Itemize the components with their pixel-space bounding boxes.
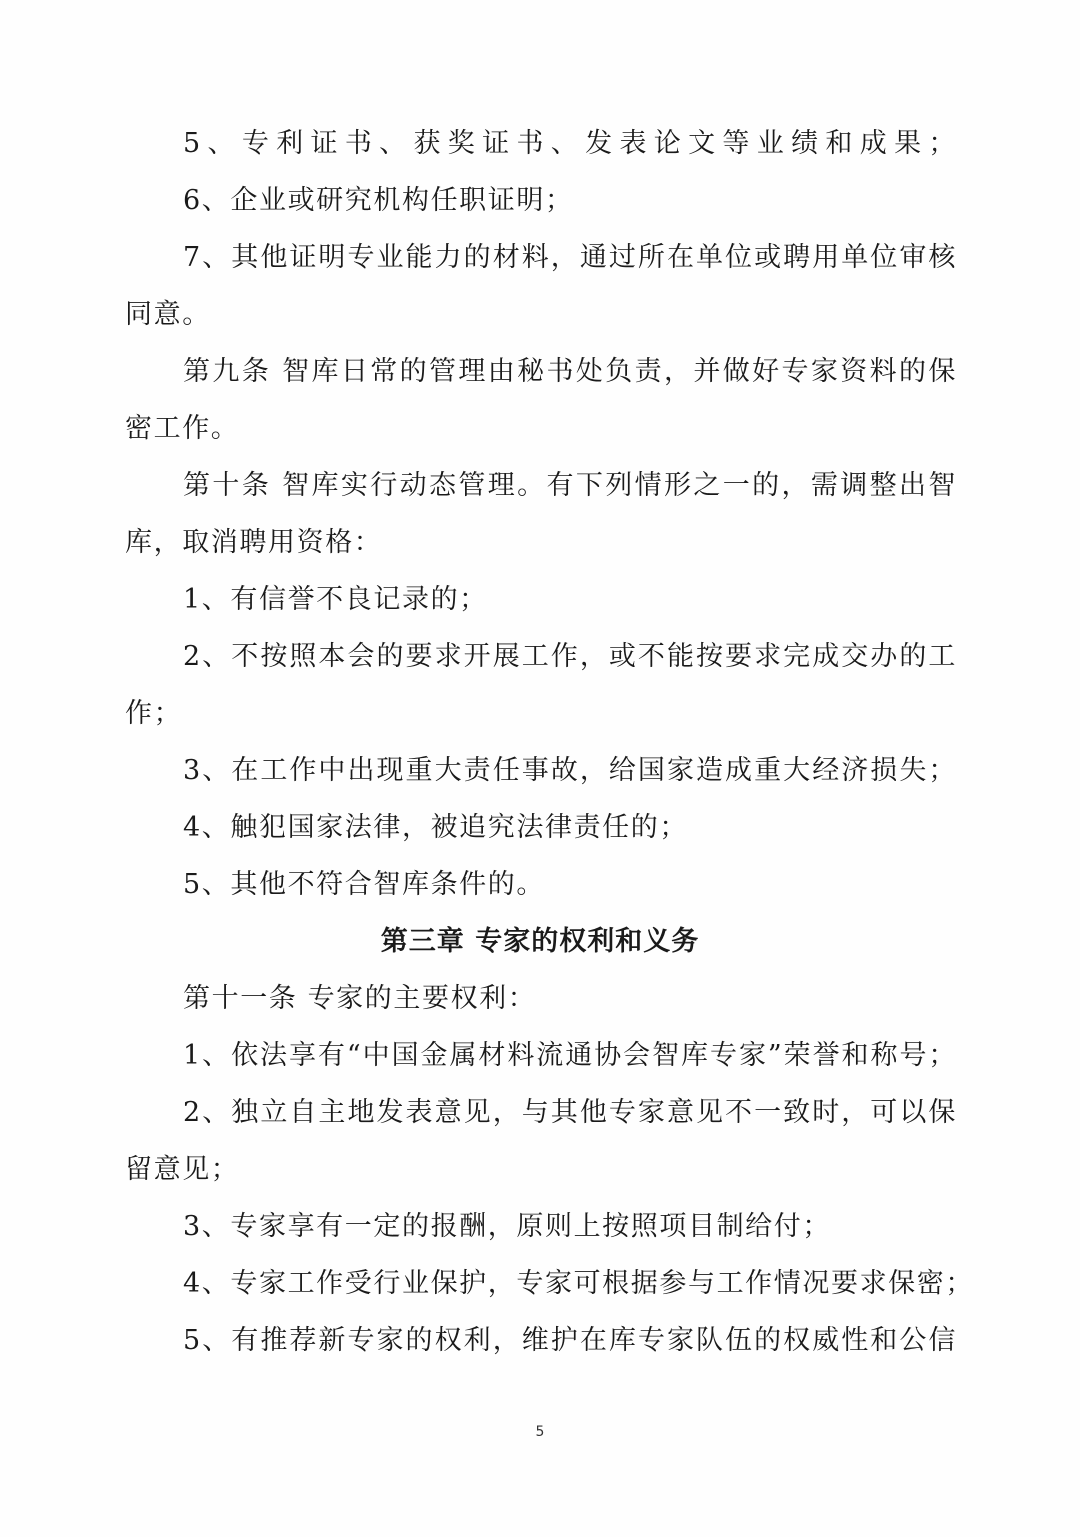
paragraph-line: 留意见； [125, 1150, 957, 1190]
article-9-line: 第九条 智库日常的管理由秘书处负责，并做好专家资料的保 [183, 352, 957, 392]
page-number: 5 [0, 1424, 1080, 1440]
list-item: 4、专家工作受行业保护，专家可根据参与工作情况要求保密； [183, 1264, 957, 1304]
paragraph-line: 同意。 [125, 295, 957, 335]
list-item: 1、有信誉不良记录的； [183, 580, 957, 620]
list-item: 3、在工作中出现重大责任事故，给国家造成重大经济损失； [183, 751, 957, 791]
document-page: 5、专利证书、获奖证书、发表论文等业绩和成果； 6、企业或研究机构任职证明； 7… [0, 0, 1080, 1537]
paragraph-line: 7、其他证明专业能力的材料，通过所在单位或聘用单位审核 [183, 238, 957, 278]
paragraph-line: 5、专利证书、获奖证书、发表论文等业绩和成果； [183, 124, 957, 164]
list-item: 5、有推荐新专家的权利，维护在库专家队伍的权威性和公信 [183, 1321, 957, 1361]
list-item: 2、独立自主地发表意见，与其他专家意见不一致时，可以保 [183, 1093, 957, 1133]
paragraph-line: 作； [125, 694, 957, 734]
list-item: 5、其他不符合智库条件的。 [183, 865, 957, 905]
paragraph-line: 6、企业或研究机构任职证明； [183, 181, 957, 221]
list-item: 1、依法享有“中国金属材料流通协会智库专家”荣誉和称号； [183, 1036, 957, 1076]
list-item: 3、专家享有一定的报酬，原则上按照项目制给付； [183, 1207, 957, 1247]
list-item: 2、不按照本会的要求开展工作，或不能按要求完成交办的工 [183, 637, 957, 677]
article-10-line: 第十条 智库实行动态管理。有下列情形之一的，需调整出智 [183, 466, 957, 506]
paragraph-line: 库，取消聘用资格： [125, 523, 957, 563]
list-item: 4、触犯国家法律，被追究法律责任的； [183, 808, 957, 848]
chapter-heading: 第三章 专家的权利和义务 [0, 922, 1080, 962]
article-11-line: 第十一条 专家的主要权利： [183, 979, 957, 1019]
paragraph-line: 密工作。 [125, 409, 957, 449]
